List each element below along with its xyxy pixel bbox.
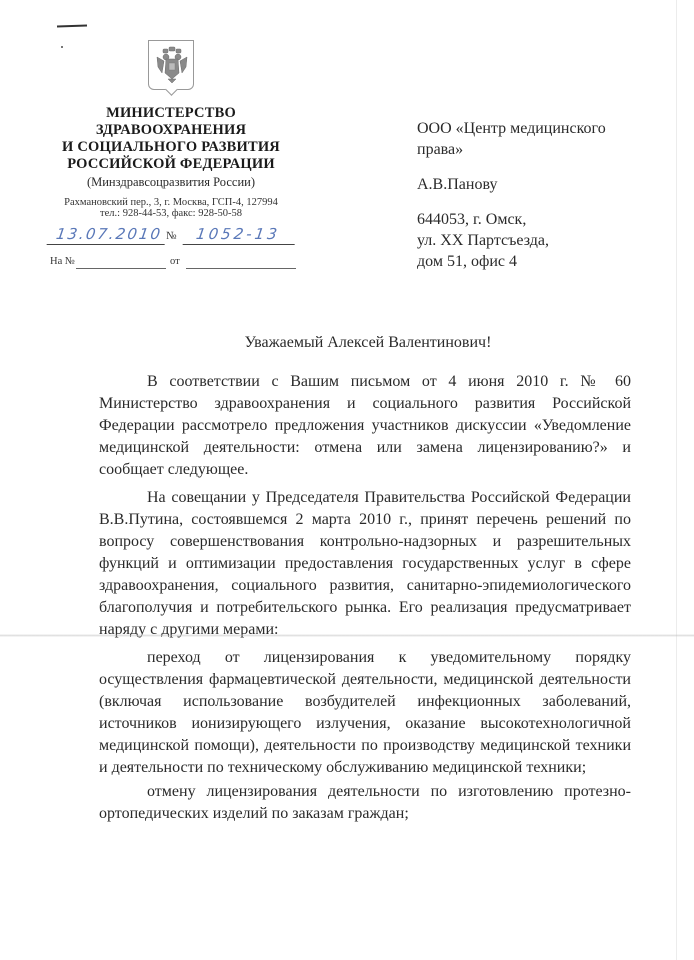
letter-body: В соответствии с Вашим письмом от 4 июня… bbox=[99, 371, 631, 827]
paper-fold-shadow bbox=[0, 634, 694, 637]
reference-date-blank bbox=[186, 268, 296, 269]
body-list-item: отмену лицензирования деятельности по из… bbox=[99, 781, 631, 825]
recipient-block: ООО «Центр медицинского права» А.В.Панов… bbox=[417, 118, 657, 286]
body-paragraph: В соответствии с Вашим письмом от 4 июня… bbox=[99, 371, 631, 481]
registration-line: 13.07.2010 № 1052-13 bbox=[48, 225, 296, 245]
ministry-name-line: ЗДРАВООХРАНЕНИЯ bbox=[40, 122, 302, 139]
recipient-address-line: дом 51, офис 4 bbox=[417, 251, 657, 272]
ministry-address: Рахмановский пер., 3, г. Москва, ГСП-4, … bbox=[40, 197, 302, 219]
recipient-address: 644053, г. Омск, ул. XX Партсъезда, дом … bbox=[417, 209, 657, 272]
body-paragraph: На совещании у Председателя Правительств… bbox=[99, 487, 631, 641]
reference-number-label: На № bbox=[50, 256, 75, 267]
ministry-address-line: Рахмановский пер., 3, г. Москва, ГСП-4, … bbox=[40, 197, 302, 208]
handwritten-date: 13.07.2010 bbox=[47, 225, 168, 245]
ministry-name-line: РОССИЙСКОЙ ФЕДЕРАЦИИ bbox=[40, 156, 302, 173]
ministry-name-line: МИНИСТЕРСТВО bbox=[40, 105, 302, 122]
reference-date-label: от bbox=[170, 256, 180, 267]
recipient-organization-line: права» bbox=[417, 139, 657, 160]
reference-line: На № от bbox=[50, 256, 296, 270]
recipient-organization-line: ООО «Центр медицинского bbox=[417, 118, 657, 139]
margin-dash-mark bbox=[57, 24, 87, 27]
handwritten-outgoing-number: 1052-13 bbox=[183, 225, 298, 245]
salutation: Уважаемый Алексей Валентинович! bbox=[0, 334, 694, 352]
ministry-short-name: (Минздравсоцразвития России) bbox=[40, 174, 302, 190]
page-edge bbox=[676, 0, 677, 960]
body-list-item: переход от лицензирования к уведомительн… bbox=[99, 647, 631, 779]
ministry-name-line: И СОЦИАЛЬНОГО РАЗВИТИЯ bbox=[40, 139, 302, 156]
reference-number-blank bbox=[76, 268, 166, 269]
number-label: № bbox=[166, 230, 177, 242]
recipient-organization: ООО «Центр медицинского права» bbox=[417, 118, 657, 160]
ministry-name-block: МИНИСТЕРСТВО ЗДРАВООХРАНЕНИЯ И СОЦИАЛЬНО… bbox=[40, 105, 302, 190]
recipient-address-line: 644053, г. Омск, bbox=[417, 209, 657, 230]
recipient-address-line: ул. XX Партсъезда, bbox=[417, 230, 657, 251]
recipient-person: А.В.Панову bbox=[417, 174, 657, 195]
margin-dot-mark bbox=[61, 46, 63, 48]
ministry-phone-line: тел.: 928-44-53, факс: 928-50-58 bbox=[40, 208, 302, 219]
coat-of-arms-icon bbox=[148, 40, 194, 90]
